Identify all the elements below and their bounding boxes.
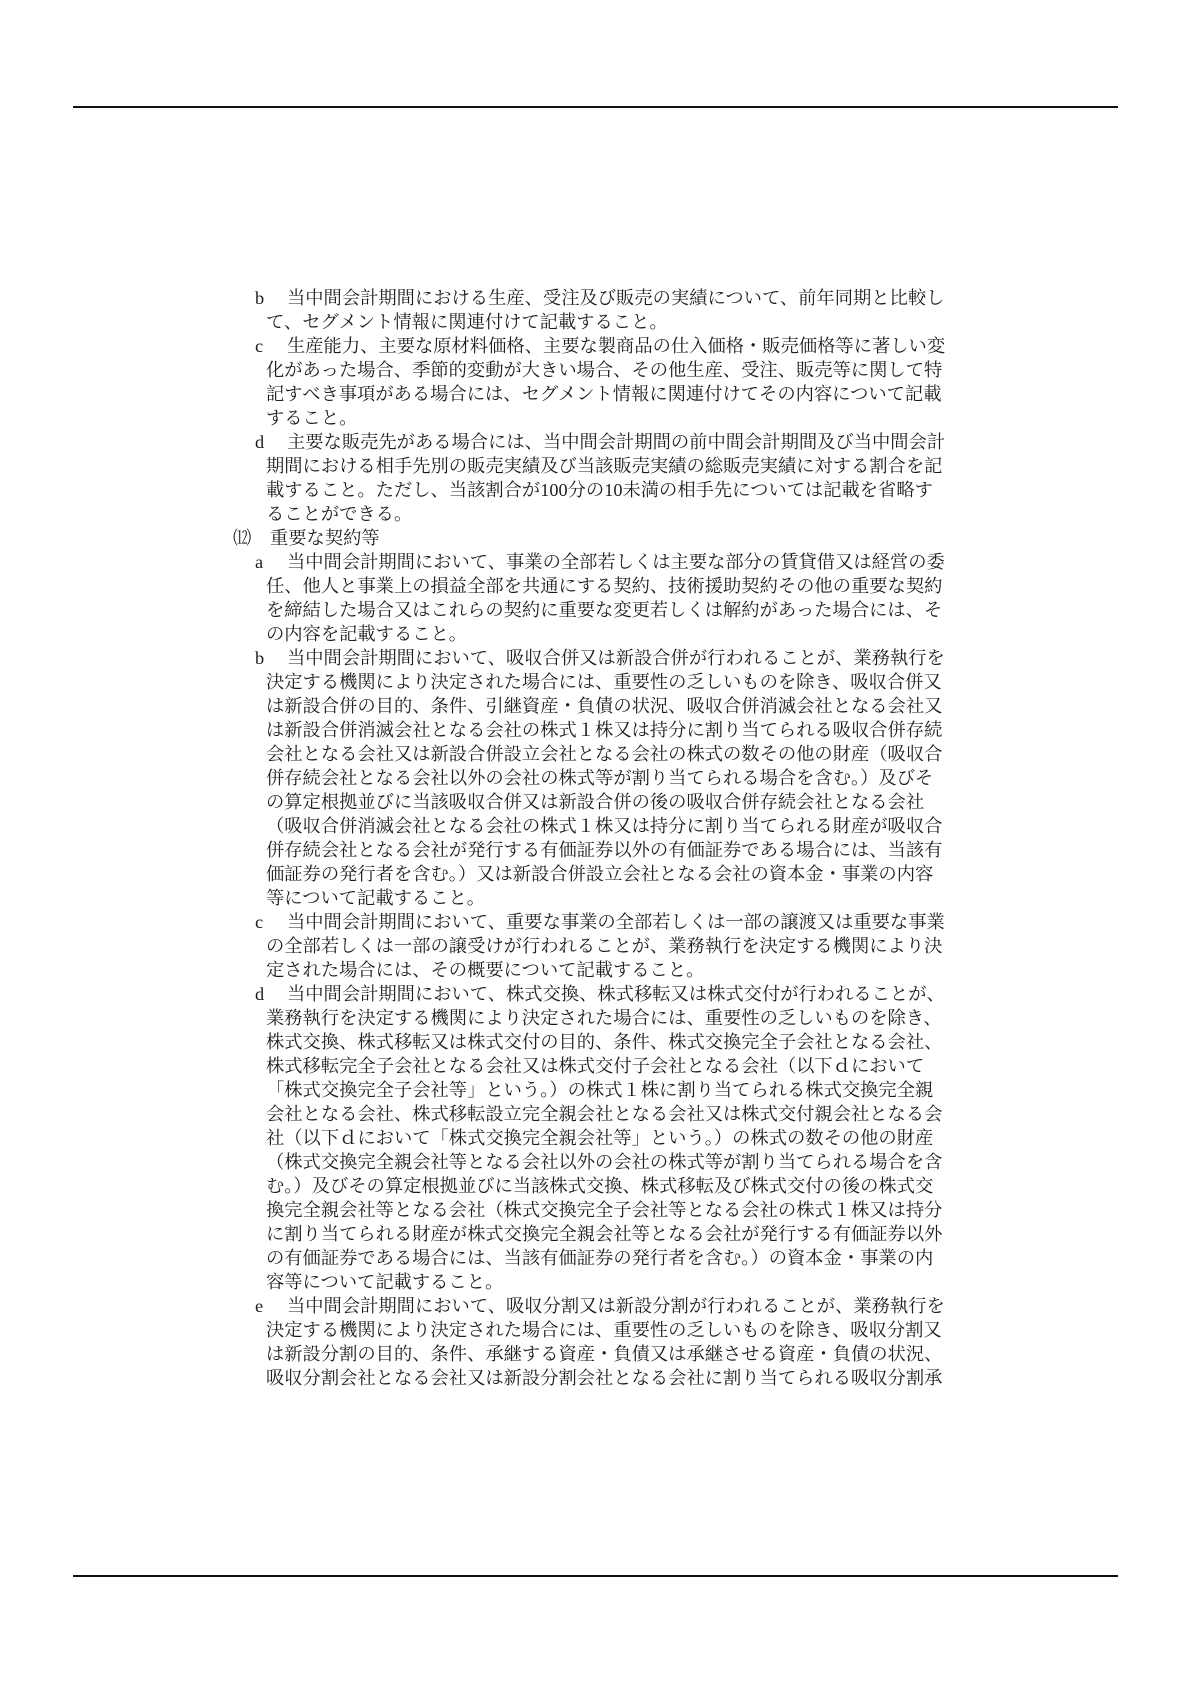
item-marker: c (255, 334, 287, 358)
text-line: 業務執行を決定する機関により決定された場合には、重要性の乏しいものを除き、 (233, 1006, 973, 1030)
item-marker: ⑿ (233, 526, 270, 550)
text-line: 会社となる会社又は新設合併設立会社となる会社の株式の数その他の財産（吸収合 (233, 742, 973, 766)
text-line: ⑿重要な契約等 (233, 526, 973, 550)
text-line: すること。 (233, 406, 973, 430)
text-line: a当中間会計期間において、事業の全部若しくは主要な部分の賃貸借又は経営の委 (233, 550, 973, 574)
text-line: d主要な販売先がある場合には、当中間会計期間の前中間会計期間及び当中間会計 (233, 430, 973, 454)
text-line: 任、他人と事業上の損益全部を共通にする契約、技術援助契約その他の重要な契約 (233, 574, 973, 598)
list-item-a: a当中間会計期間において、事業の全部若しくは主要な部分の賃貸借又は経営の委任、他… (233, 550, 973, 646)
list-item-⑿: ⑿重要な契約等 (233, 526, 973, 550)
line-text: 当中間会計期間において、株式交換、株式移転又は株式交付が行われることが、 (287, 984, 945, 1004)
text-line: の算定根拠並びに当該吸収合併又は新設合併の後の吸収合併存続会社となる会社 (233, 790, 973, 814)
text-line: て、セグメント情報に関連付けて記載すること。 (233, 310, 973, 334)
text-line: 等について記載すること。 (233, 886, 973, 910)
text-line: 記すべき事項がある場合には、セグメント情報に関連付けてその内容について記載 (233, 382, 973, 406)
text-line: c当中間会計期間において、重要な事業の全部若しくは一部の譲渡又は重要な事業 (233, 910, 973, 934)
line-text: 重要な契約等 (270, 528, 380, 548)
text-line: 定された場合には、その概要について記載すること。 (233, 958, 973, 982)
list-item-d: d主要な販売先がある場合には、当中間会計期間の前中間会計期間及び当中間会計期間に… (233, 430, 973, 526)
text-line: 決定する機関により決定された場合には、重要性の乏しいものを除き、吸収分割又 (233, 1318, 973, 1342)
text-line: 吸収分割会社となる会社又は新設分割会社となる会社に割り当てられる吸収分割承 (233, 1366, 973, 1390)
item-marker: c (255, 910, 287, 934)
text-line: の有価証券である場合には、当該有価証券の発行者を含む。）の資本金・事業の内 (233, 1246, 973, 1270)
list-item-c: c生産能力、主要な原材料価格、主要な製商品の仕入価格・販売価格等に著しい変化があ… (233, 334, 973, 430)
text-line: は新設分割の目的、条件、承継する資産・負債又は承継させる資産・負債の状況、 (233, 1342, 973, 1366)
line-text: 当中間会計期間において、事業の全部若しくは主要な部分の賃貸借又は経営の委 (287, 552, 945, 572)
list-item-d: d当中間会計期間において、株式交換、株式移転又は株式交付が行われることが、業務執… (233, 982, 973, 1294)
item-marker: a (255, 550, 287, 574)
text-line: ることができる。 (233, 502, 973, 526)
text-line: （株式交換完全親会社等となる会社以外の会社の株式等が割り当てられる場合を含 (233, 1150, 973, 1174)
text-line: d当中間会計期間において、株式交換、株式移転又は株式交付が行われることが、 (233, 982, 973, 1006)
list-item-b: b当中間会計期間において、吸収合併又は新設合併が行われることが、業務執行を決定す… (233, 646, 973, 910)
text-line: を締結した場合又はこれらの契約に重要な変更若しくは解約があった場合には、そ (233, 598, 973, 622)
document-page: b当中間会計期間における生産、受注及び販売の実績について、前年同期と比較して、セ… (0, 0, 1192, 1685)
text-line: に割り当てられる財産が株式交換完全親会社等となる会社が発行する有価証券以外 (233, 1222, 973, 1246)
header-rule (73, 106, 1118, 108)
line-text: 主要な販売先がある場合には、当中間会計期間の前中間会計期間及び当中間会計 (287, 432, 945, 452)
line-text: 当中間会計期間において、重要な事業の全部若しくは一部の譲渡又は重要な事業 (287, 912, 945, 932)
line-text: 当中間会計期間における生産、受注及び販売の実績について、前年同期と比較し (287, 288, 944, 308)
list-item-b: b当中間会計期間における生産、受注及び販売の実績について、前年同期と比較して、セ… (233, 286, 973, 334)
text-line: 換完全親会社等となる会社（株式交換完全子会社等となる会社の株式１株又は持分 (233, 1198, 973, 1222)
text-line: の全部若しくは一部の譲受けが行われることが、業務執行を決定する機関により決 (233, 934, 973, 958)
document-body: b当中間会計期間における生産、受注及び販売の実績について、前年同期と比較して、セ… (233, 286, 973, 1390)
text-line: 「株式交換完全子会社等」という。）の株式１株に割り当てられる株式交換完全親 (233, 1078, 973, 1102)
list-item-c: c当中間会計期間において、重要な事業の全部若しくは一部の譲渡又は重要な事業の全部… (233, 910, 973, 982)
text-line: 載すること。ただし、当該割合が100分の10未満の相手先については記載を省略す (233, 478, 973, 502)
item-marker: b (255, 286, 287, 310)
item-marker: b (255, 646, 287, 670)
text-line: 会社となる会社、株式移転設立完全親会社となる会社又は株式交付親会社となる会 (233, 1102, 973, 1126)
text-line: b当中間会計期間における生産、受注及び販売の実績について、前年同期と比較し (233, 286, 973, 310)
text-line: 社（以下ｄにおいて「株式交換完全親会社等」という。）の株式の数その他の財産 (233, 1126, 973, 1150)
text-line: の内容を記載すること。 (233, 622, 973, 646)
item-marker: d (255, 982, 287, 1006)
text-line: 決定する機関により決定された場合には、重要性の乏しいものを除き、吸収合併又 (233, 670, 973, 694)
text-line: （吸収合併消滅会社となる会社の株式１株又は持分に割り当てられる財産が吸収合 (233, 814, 973, 838)
text-line: e当中間会計期間において、吸収分割又は新設分割が行われることが、業務執行を (233, 1294, 973, 1318)
text-line: 化があった場合、季節的変動が大きい場合、その他生産、受注、販売等に関して特 (233, 358, 973, 382)
line-text: 当中間会計期間において、吸収分割又は新設分割が行われることが、業務執行を (287, 1296, 945, 1316)
footer-rule (73, 1575, 1118, 1577)
text-line: 期間における相手先別の販売実績及び当該販売実績の総販売実績に対する割合を記 (233, 454, 973, 478)
item-marker: d (255, 430, 287, 454)
text-line: 株式交換、株式移転又は株式交付の目的、条件、株式交換完全子会社となる会社、 (233, 1030, 973, 1054)
text-line: 併存続会社となる会社が発行する有価証券以外の有価証券である場合には、当該有 (233, 838, 973, 862)
text-line: 株式移転完全子会社となる会社又は株式交付子会社となる会社（以下ｄにおいて (233, 1054, 973, 1078)
text-line: b当中間会計期間において、吸収合併又は新設合併が行われることが、業務執行を (233, 646, 973, 670)
list-item-e: e当中間会計期間において、吸収分割又は新設分割が行われることが、業務執行を決定す… (233, 1294, 973, 1390)
item-marker: e (255, 1294, 287, 1318)
text-line: む。）及びその算定根拠並びに当該株式交換、株式移転及び株式交付の後の株式交 (233, 1174, 973, 1198)
text-line: は新設合併の目的、条件、引継資産・負債の状況、吸収合併消滅会社となる会社又 (233, 694, 973, 718)
text-line: 価証券の発行者を含む。）又は新設合併設立会社となる会社の資本金・事業の内容 (233, 862, 973, 886)
text-line: c生産能力、主要な原材料価格、主要な製商品の仕入価格・販売価格等に著しい変 (233, 334, 973, 358)
line-text: 当中間会計期間において、吸収合併又は新設合併が行われることが、業務執行を (287, 648, 945, 668)
text-line: は新設合併消滅会社となる会社の株式１株又は持分に割り当てられる吸収合併存続 (233, 718, 973, 742)
line-text: 生産能力、主要な原材料価格、主要な製商品の仕入価格・販売価格等に著しい変 (287, 336, 945, 356)
text-line: 併存続会社となる会社以外の会社の株式等が割り当てられる場合を含む。）及びそ (233, 766, 973, 790)
text-line: 容等について記載すること。 (233, 1270, 973, 1294)
